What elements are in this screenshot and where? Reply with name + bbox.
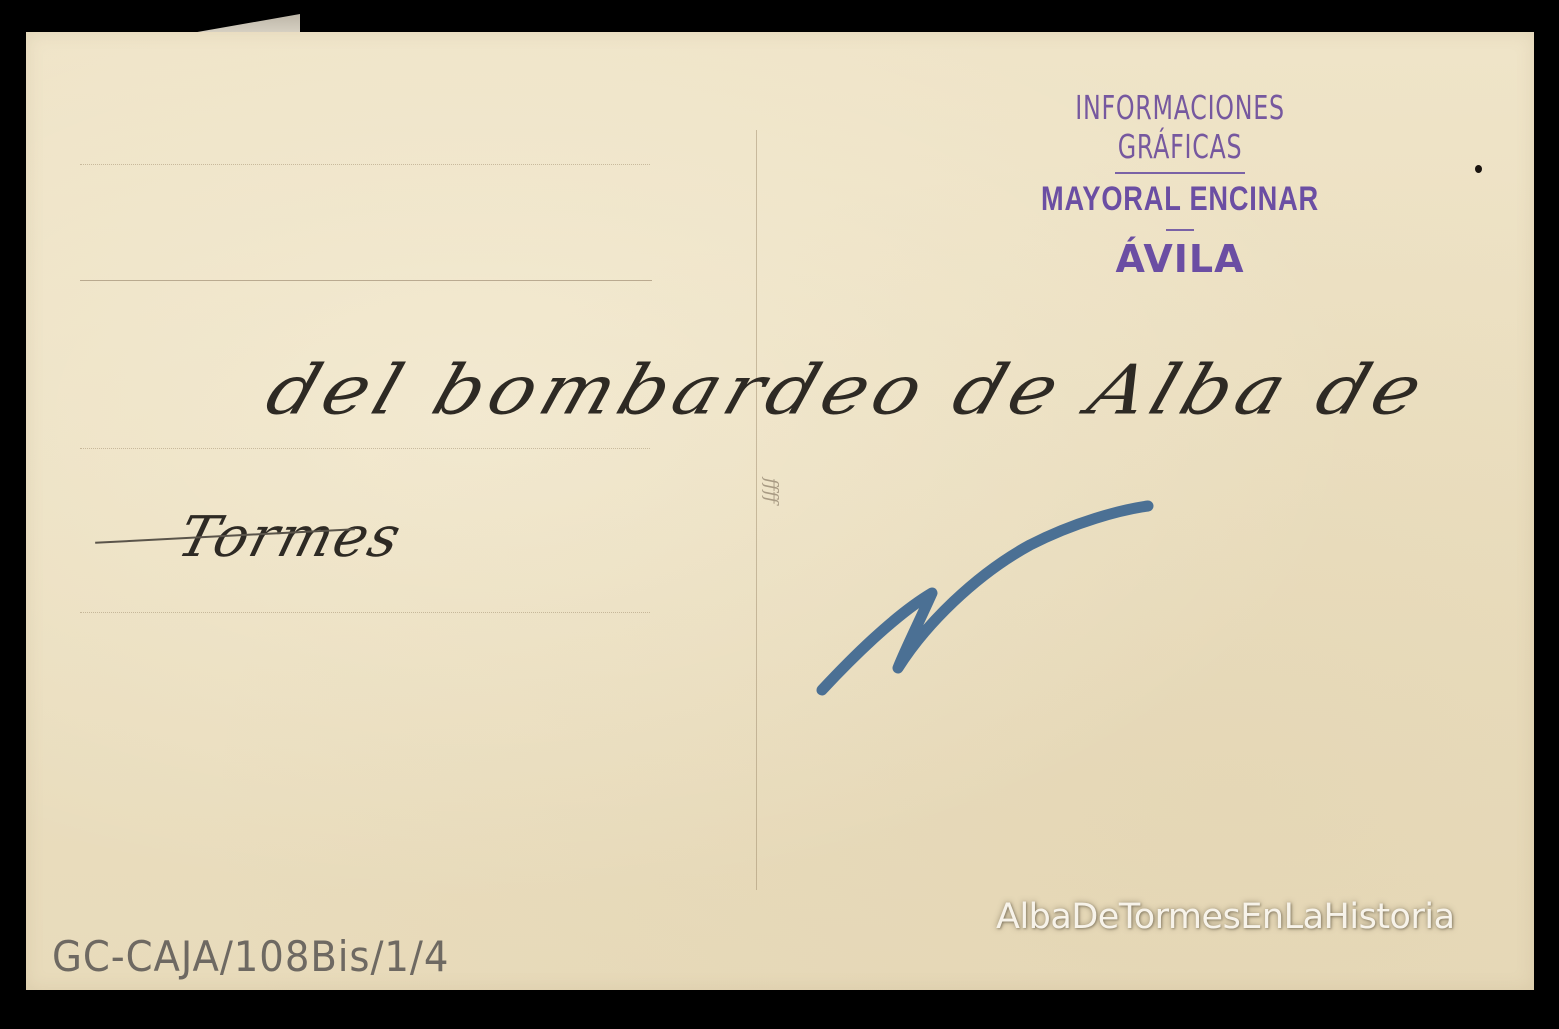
stamp-separator-small (1166, 229, 1194, 231)
address-line-2 (80, 280, 652, 281)
address-line-4 (80, 612, 650, 613)
paper-tab-fragment (186, 14, 300, 34)
stamp-photographer-name: MAYORAL ENCINAR (1004, 180, 1356, 219)
address-line-3 (80, 448, 650, 449)
photographer-stamp: INFORMACIONES GRÁFICAS MAYORAL ENCINAR Á… (960, 88, 1400, 281)
stamp-separator (1115, 172, 1245, 174)
faint-pencil-mark: ffff (760, 478, 781, 504)
address-line-1 (80, 164, 650, 165)
watermark-text: AlbaDeTormesEnLaHistoria (996, 897, 1455, 937)
paper-speck (1475, 165, 1482, 173)
archive-reference: GC-CAJA/108Bis/1/4 (52, 932, 449, 981)
stamp-agency-name: INFORMACIONES GRÁFICAS (1022, 88, 1339, 166)
stamp-city: ÁVILA (960, 237, 1400, 281)
handwritten-caption: del bombardeo de Alba de (257, 349, 1438, 429)
postcard-divider (756, 130, 757, 890)
